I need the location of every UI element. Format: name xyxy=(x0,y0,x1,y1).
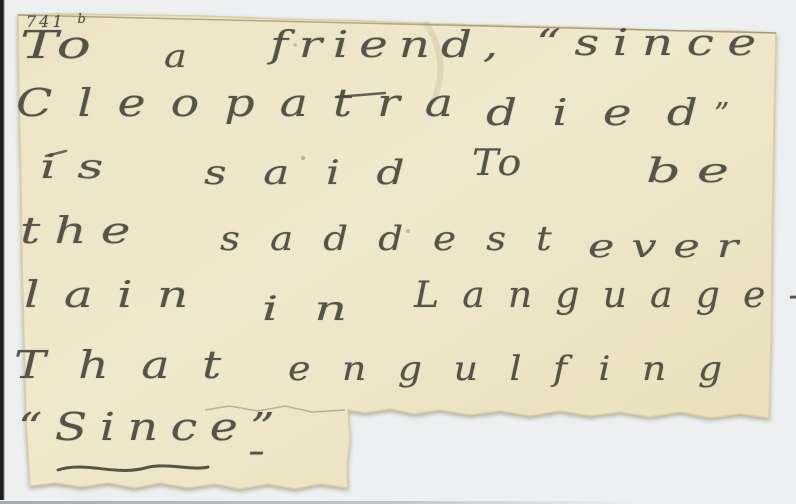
handwritten-word: is xyxy=(40,150,124,184)
handwritten-word: said xyxy=(204,156,441,190)
handwritten-word: lain xyxy=(24,278,213,314)
handwritten-word: the xyxy=(20,214,145,250)
handwritten-word: ” xyxy=(714,100,729,130)
scanned-page: 741b To a friend, “since Cleopatra died … xyxy=(0,0,796,504)
handwritten-word: - xyxy=(248,434,265,470)
handwritten-word: “since xyxy=(536,26,770,62)
handwritten-word: Language- xyxy=(414,278,796,314)
handwritten-word: To xyxy=(472,146,524,182)
handwritten-word: Cleopatra xyxy=(16,84,478,122)
handwritten-word: engulfing xyxy=(288,352,754,386)
handwritten-word: friend, xyxy=(270,28,509,64)
handwritten-word: be xyxy=(646,154,745,188)
scanner-edge-shadow xyxy=(0,0,5,500)
handwritten-word: a xyxy=(164,40,187,72)
handwritten-word: “Since” xyxy=(18,408,287,446)
handwritten-word: died xyxy=(486,96,733,132)
handwritten-word: saddest xyxy=(220,222,582,256)
handwritten-word: ever xyxy=(588,230,755,262)
handwritten-word: That xyxy=(14,346,254,384)
handwritten-word: in xyxy=(262,292,383,326)
handwritten-word: To xyxy=(20,26,94,64)
